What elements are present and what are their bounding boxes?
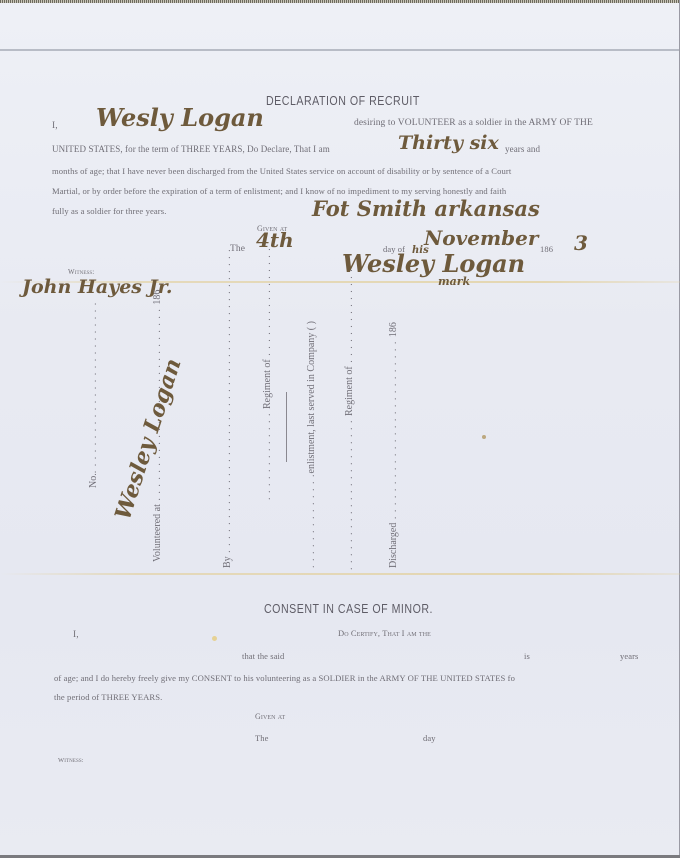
- recruit-signature: Wesley Logan: [342, 249, 525, 278]
- declaration-years-and: years and: [505, 144, 540, 154]
- declaration-line4-text: Martial, or by order before the expirati…: [52, 186, 506, 196]
- month-handwritten: November: [424, 226, 538, 250]
- year-prefix: 186: [540, 244, 553, 254]
- declaration-line2-text: UNITED STATES, for the term of THREE YEA…: [52, 144, 330, 154]
- given-at-place-handwritten: Fot Smith arkansas: [312, 196, 540, 221]
- consent-given-at-label: Given at: [255, 712, 285, 721]
- top-perforated-edge: [0, 0, 680, 3]
- consent-the-label: The: [255, 733, 269, 743]
- volunteered-at-row: Volunteered at . . . . . . . . . . . . .…: [152, 290, 163, 562]
- signature-mark: mark: [438, 275, 470, 288]
- declaration-i-label: I,: [52, 121, 58, 131]
- consent-title: CONSENT IN CASE OF MINOR.: [264, 602, 433, 616]
- consent-that-the-said: that the said: [242, 651, 284, 661]
- consent-i-label: I,: [73, 630, 79, 640]
- recruit-name-handwritten: Wesly Logan: [96, 103, 264, 132]
- witness-name-handwritten: John Hayes Jr.: [22, 276, 172, 298]
- document-page: DECLARATION OF RECRUIT I, Wesly Logan de…: [0, 0, 680, 858]
- consent-years-label: years: [620, 651, 638, 661]
- by-row: By . . . . . . . . . . . . . . . . . . .…: [222, 248, 233, 568]
- fold-line-lower: [0, 573, 680, 575]
- top-rule: [0, 49, 680, 51]
- consent-witness-label: Witness:: [58, 757, 84, 764]
- consent-is-label: is: [524, 651, 530, 661]
- endorsement-divider-line: [286, 392, 287, 462]
- age-handwritten: Thirty six: [398, 132, 499, 154]
- year-digit-handwritten: 3: [574, 231, 588, 255]
- ink-spot: [212, 636, 217, 641]
- declaration-line1-text: desiring to VOLUNTEER as a soldier in th…: [354, 118, 593, 128]
- consent-day-label: day: [423, 733, 436, 743]
- witness-label: Witness:: [68, 268, 94, 276]
- endorsement-no-label: No.. . . . . . . . . . . . . . . . . . .…: [88, 302, 99, 488]
- declaration-line5-text: fully as a soldier for three years.: [52, 206, 166, 216]
- signature-his: his: [412, 245, 429, 256]
- regiment-of-row-1: . . . . . . . . . . . . . Regiment of . …: [262, 247, 273, 500]
- declaration-line3-text: months of age; that I have never been di…: [52, 166, 511, 176]
- enlistment-row: . . . . . . . . . . . . . .enlistment, l…: [306, 321, 317, 568]
- consent-certify-text: Do Certify, That I am the: [338, 628, 431, 638]
- regiment-of-row-2: . . . . . . . . . . . . . . . . . . . . …: [344, 268, 355, 570]
- consent-line3-text: of age; and I do hereby freely give my C…: [54, 673, 515, 683]
- endorsement-name-handwritten: Wesley Logan: [110, 355, 187, 523]
- discharged-row: Discharged . . . . . . . . . . . . . . .…: [388, 322, 399, 568]
- consent-line4-text: the period of THREE YEARS.: [54, 692, 162, 702]
- declaration-title: DECLARATION OF RECRUIT: [266, 94, 420, 108]
- ink-spot: [482, 435, 486, 439]
